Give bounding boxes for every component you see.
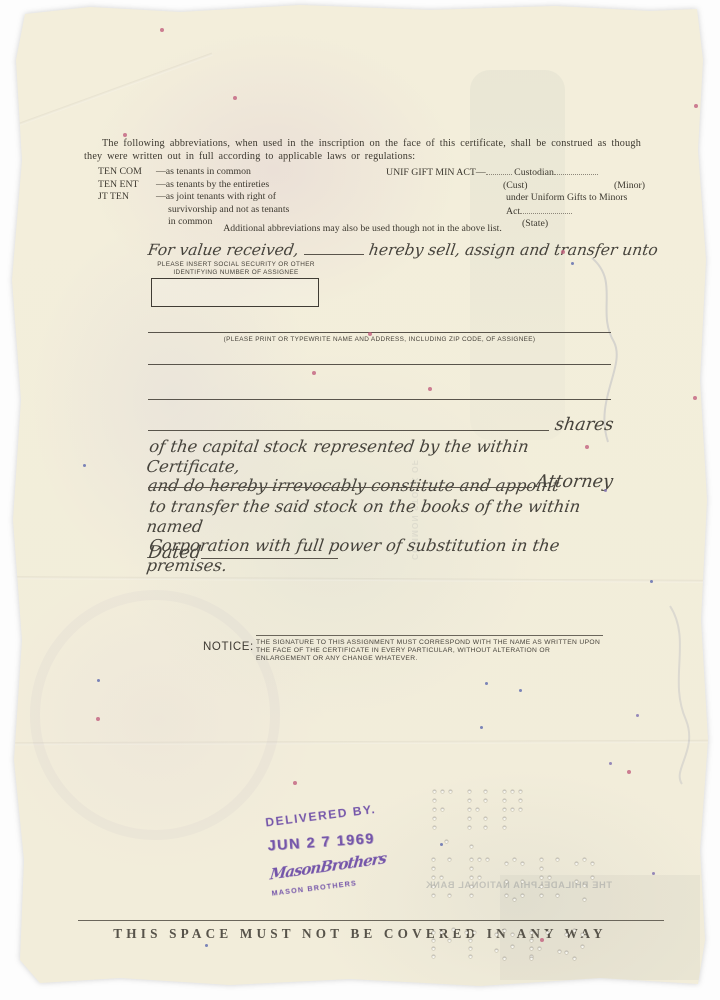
punch-hole [583,858,586,861]
for-value-received-line: For value received, hereby sell, assign … [148,241,611,259]
abbreviation-def: —as joint tenants with right of [156,191,276,202]
punch-hole [468,808,471,811]
security-fiber-speck [693,396,697,400]
punch-hole [503,826,506,829]
notice-text: THE SIGNATURE TO THIS ASSIGNMENT MUST CO… [256,635,603,664]
punch-hole [530,947,533,950]
cust-minor-line: (Cust) (Minor) [386,180,671,193]
security-fiber-speck [205,944,208,947]
security-fiber-speck [627,770,631,774]
punch-hole [521,894,524,897]
punch-hole [503,799,506,802]
security-fiber-speck [97,679,100,682]
abbreviations-intro: The following abbreviations, when used i… [84,138,641,163]
paper-crease [0,53,213,145]
security-fiber-speck [312,371,316,375]
act-line: Act [506,205,671,219]
punch-hole [503,790,506,793]
abbreviation-term: TEN ENT [98,179,156,192]
security-fiber-speck [160,28,164,32]
under-uniform-gifts: under Uniform Gifts to Minors [506,192,671,205]
abbreviation-def: —as tenants by the entireties [156,179,269,190]
showthrough-circle [30,590,280,840]
showthrough-bank-name: THE PHILADELPHIA NATIONAL BANK [402,880,612,890]
abbreviation-def: —as tenants in common [156,166,251,177]
shares-line: shares [148,415,613,435]
security-fiber-speck [123,133,127,137]
sell-assign-text: hereby sell, assign and transfer unto [368,241,659,259]
punch-hole [433,790,436,793]
punch-hole [503,957,506,960]
punch-hole [558,950,561,953]
footer-rule [78,920,664,921]
cust-label: (Cust) [503,180,528,193]
shares-label: shares [553,415,614,435]
punch-hole [478,876,481,879]
punch-hole [478,858,481,861]
additional-abbreviations-note: Additional abbreviations may also be use… [84,223,641,236]
minor-label: (Minor) [614,180,645,193]
abbreviation-def-cont: survivorship and not as tenants [168,204,378,217]
punch-hole [519,790,522,793]
pencil-mark [658,600,703,790]
punch-hole [505,894,508,897]
footer-warning-text: THIS SPACE MUST NOT BE COVERED IN ANY WA… [60,926,660,942]
security-fiber-speck [694,104,698,108]
punch-hole [469,947,472,950]
certificate-paper: The following abbreviations, when used i… [0,0,720,1000]
punch-hole [495,949,498,952]
punch-hole [573,957,576,960]
scanned-certificate-back: The following abbreviations, when used i… [0,0,720,1000]
punch-hole [441,790,444,793]
paper-crease [0,740,720,746]
punch-hole [548,876,551,879]
punch-hole [470,894,473,897]
print-typewrite-note: (PLEASE PRINT OR TYPEWRITE NAME AND ADDR… [148,336,611,344]
punch-hole [470,876,473,879]
blank-fill-line [201,558,338,559]
dated-label: Dated [147,543,203,563]
unif-gift-block: UNIF GIFT MIN ACT— Custodian (Cust) (Min… [386,166,671,231]
security-fiber-speck [519,689,522,692]
capital-stock-line1: of the capital stock represented by the … [145,437,625,476]
punch-hole [591,876,594,879]
punch-hole [470,858,473,861]
punch-hole [484,799,487,802]
punch-hole [511,790,514,793]
punch-hole [591,862,594,865]
punch-hole [521,862,524,865]
security-fiber-speck [440,843,443,846]
attorney-line: Attorney [148,472,613,492]
punch-hole [540,876,543,879]
punch-hole [484,790,487,793]
punch-hole [540,867,543,870]
ssn-instruction-line1: PLEASE INSERT SOCIAL SECURITY OR OTHER [150,261,322,269]
punch-hole [432,955,435,958]
punch-hole [513,858,516,861]
unif-gift-line: UNIF GIFT MIN ACT— Custodian [386,166,671,180]
punch-hole [583,898,586,901]
punch-hole [511,808,514,811]
assignee-address-line [148,364,611,365]
punch-hole [519,808,522,811]
unif-gift-term: UNIF GIFT MIN ACT— [386,167,486,178]
punch-hole [432,894,435,897]
security-fiber-speck [650,580,653,583]
transfer-line1: to transfer the said stock on the books … [145,497,625,536]
punch-hole [538,947,541,950]
abbreviation-list: TEN COM—as tenants in common TEN ENT—as … [98,166,378,229]
punch-hole [540,894,543,897]
punch-hole [449,790,452,793]
punch-hole [448,858,451,861]
punch-hole [530,955,533,958]
ssn-instruction: PLEASE INSERT SOCIAL SECURITY OR OTHER I… [150,261,322,277]
blank-fill-line [304,254,364,255]
security-fiber-speck [233,96,237,100]
security-fiber-speck [96,717,100,721]
act-label: Act [506,206,520,217]
punch-hole [486,858,489,861]
security-fiber-speck [609,762,612,765]
punch-hole [448,894,451,897]
dated-line: Dated [148,543,338,563]
custodian-label: Custodian [514,167,554,178]
punch-hole [556,894,559,897]
punch-hole [503,808,506,811]
punch-hole [484,826,487,829]
security-fiber-speck [83,464,86,467]
punch-hole [469,955,472,958]
punch-hole [556,858,559,861]
abbreviation-term: TEN COM [98,166,156,179]
punch-hole [468,790,471,793]
punch-hole [468,799,471,802]
fill-in-leader [554,166,598,175]
security-fiber-speck [428,387,432,391]
blank-fill-line [148,430,549,431]
fill-in-leader [486,166,512,175]
for-value-received-text: For value received, [147,241,300,259]
abbreviation-row: TEN ENT—as tenants by the entireties [98,179,378,192]
punch-hole [519,799,522,802]
abbreviation-term: JT TEN [98,191,156,204]
punch-hole [530,957,533,960]
security-fiber-speck [293,781,297,785]
assignee-address-line [148,399,611,400]
punch-hole [505,862,508,865]
paper-crease [0,576,720,583]
punch-hole [565,951,568,954]
punch-hole [503,817,506,820]
notice-label: NOTICE: [203,641,254,653]
punch-hole [441,808,444,811]
punch-hole [468,817,471,820]
security-fiber-speck [636,714,639,717]
transfer-paragraph: to transfer the said stock on the books … [148,497,623,575]
punch-hole [484,817,487,820]
punch-hole [468,826,471,829]
abbreviation-row: TEN COM—as tenants in common [98,166,378,179]
blank-fill-line [148,487,532,488]
punch-hole [470,845,473,848]
security-fiber-speck [652,872,655,875]
punch-hole [470,867,473,870]
security-fiber-speck [485,682,488,685]
assignee-name-line [148,332,611,333]
punch-hole [511,945,514,948]
security-fiber-speck [480,726,483,729]
punch-hole [432,947,435,950]
ssn-instruction-line2: IDENTIFYING NUMBER OF ASSIGNEE [150,269,322,277]
punch-hole [575,862,578,865]
punch-hole [513,898,516,901]
showthrough-common-stock: COMMON STOCK OF [410,459,420,560]
ssn-entry-box [151,278,319,307]
punch-hole [581,945,584,948]
paper-shadow: The following abbreviations, when used i… [0,0,720,1000]
attorney-label: Attorney [535,472,615,492]
fill-in-leader [520,205,572,214]
punch-hole [540,858,543,861]
punch-hole [476,808,479,811]
punch-hole [445,840,448,843]
security-fiber-speck [571,262,574,265]
